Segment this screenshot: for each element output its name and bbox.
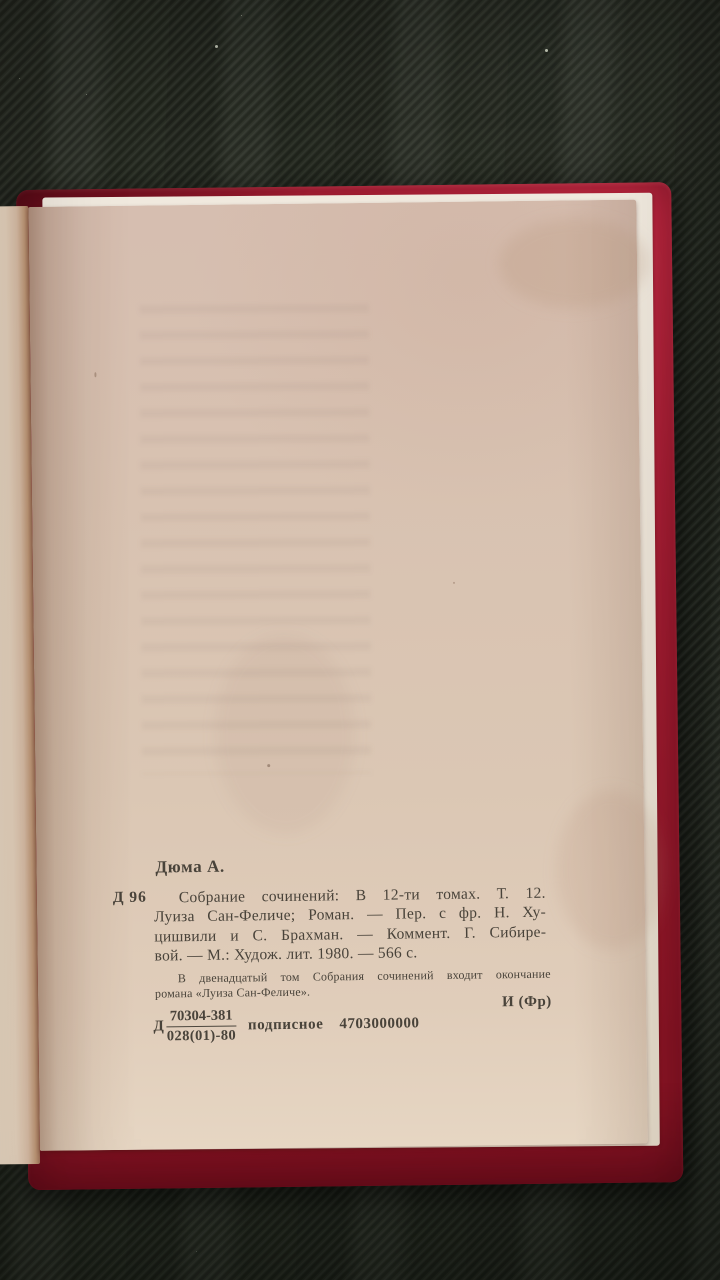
catalog-fraction: 70304-381 028(01)-80 <box>167 1008 237 1046</box>
bibliography-line: вой. — М.: Худож. лит. 1980. — 566 с. <box>154 942 546 966</box>
page-fleck <box>94 372 96 377</box>
language-mark: И (Фр) <box>502 994 552 1012</box>
catalog-prefix: Д <box>153 1019 164 1036</box>
page-stain <box>214 633 356 835</box>
page-fleck <box>267 764 270 767</box>
book: Дюма А. Д 96 Собрание сочинений: В 12-ти… <box>0 0 720 1280</box>
subscription-label: подписное <box>248 1017 324 1035</box>
fraction-numerator: 70304-381 <box>167 1008 236 1028</box>
bibliography-row: Д 96 Собрание сочинений: В 12-ти томах. … <box>107 883 628 967</box>
print-run-code: 4703000000 <box>339 1015 419 1033</box>
imprint-page: Дюма А. Д 96 Собрание сочинений: В 12-ти… <box>28 200 647 1151</box>
page-stain <box>499 217 650 309</box>
page-fleck <box>453 582 455 584</box>
bibliography-paragraph: Собрание сочинений: В 12-ти томах. Т. 12… <box>154 884 547 966</box>
author-line: Дюма А. <box>155 852 626 878</box>
annotation-paragraph: В двенадцатый том Собрания сочинений вхо… <box>155 967 551 1001</box>
library-index-code: Д 96 <box>113 889 155 967</box>
fraction-denominator: 028(01)-80 <box>167 1027 236 1046</box>
catalog-number-row: Д 70304-381 028(01)-80 подписное 4703000… <box>108 1003 628 1046</box>
imprint-block: Дюма А. Д 96 Собрание сочинений: В 12-ти… <box>106 852 628 1047</box>
book-photo-scene: Дюма А. Д 96 Собрание сочинений: В 12-ти… <box>0 0 720 1280</box>
